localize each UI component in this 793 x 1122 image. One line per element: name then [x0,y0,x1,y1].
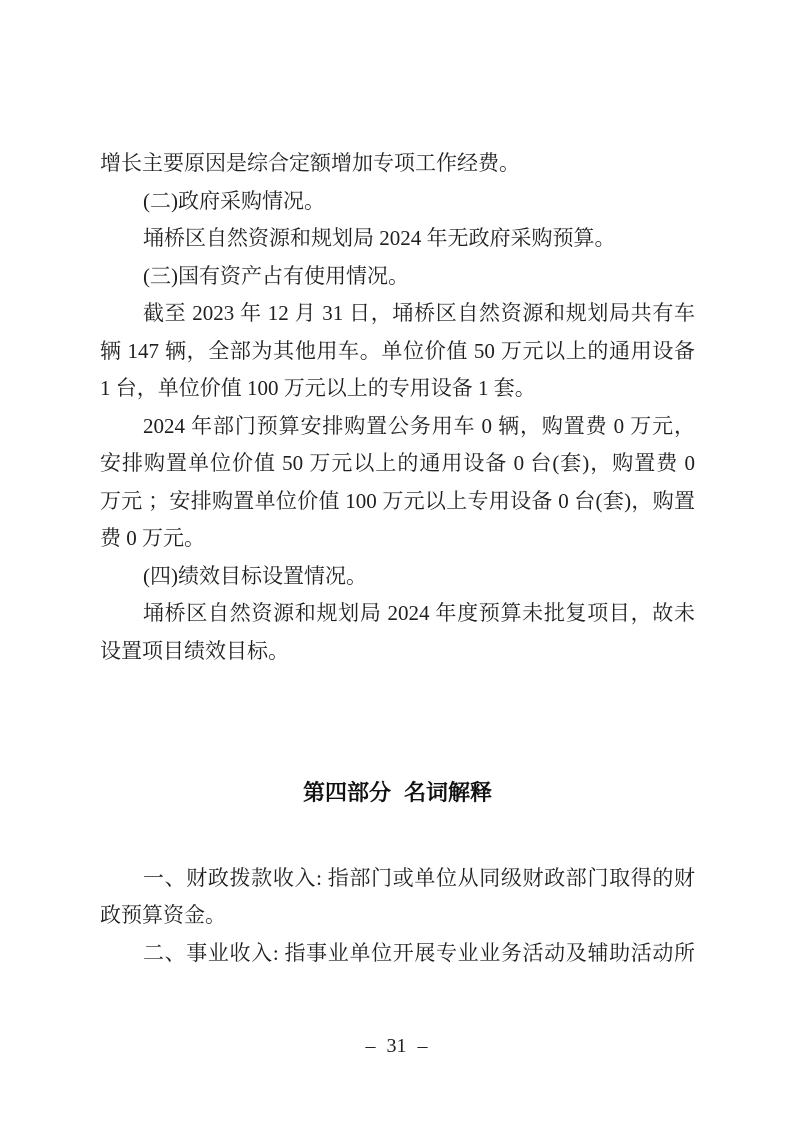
text-line: 埇桥区自然资源和规划局 2024 年度预算未批复项目，故未 [100,595,695,633]
text-line: 辆 147 辆，全部为其他用车。单位价值 50 万元以上的通用设备 [100,333,695,371]
text-line: 埇桥区自然资源和规划局 2024 年无政府采购预算。 [100,220,695,258]
text-line: 2024 年部门预算安排购置公务用车 0 辆，购置费 0 万元， [100,408,695,446]
section-heading: 第四部分 名词解释 [100,774,695,812]
text-line: 万元 ；安排购置单位价值 100 万元以上专用设备 0 台(套)，购置 [100,483,695,521]
text-line: 安排购置单位价值 50 万元以上的通用设备 0 台(套)，购置费 0 [100,445,695,483]
text-line: 截至 2023 年 12 月 31 日，埇桥区自然资源和规划局共有车 [100,295,695,333]
text-line: 1 台，单位价值 100 万元以上的专用设备 1 套。 [100,370,695,408]
text-line: 设置项目绩效目标。 [100,633,695,671]
text-line: (四)绩效目标设置情况。 [100,558,695,596]
text-line: 费 0 万元。 [100,520,695,558]
glossary-line: 二、事业收入: 指事业单位开展专业业务活动及辅助活动所 [100,935,695,973]
document-page: 增长主要原因是综合定额增加专项工作经费。 (二)政府采购情况。 埇桥区自然资源和… [0,0,793,1122]
body-text: 增长主要原因是综合定额增加专项工作经费。 (二)政府采购情况。 埇桥区自然资源和… [100,145,695,972]
text-line: (二)政府采购情况。 [100,183,695,221]
page-number: – 31 – [0,1036,793,1056]
glossary-line: 一、财政拨款收入: 指部门或单位从同级财政部门取得的财 [100,860,695,898]
text-line: (三)国有资产占有使用情况。 [100,258,695,296]
text-line: 增长主要原因是综合定额增加专项工作经费。 [100,145,695,183]
glossary-line: 政预算资金。 [100,897,695,935]
